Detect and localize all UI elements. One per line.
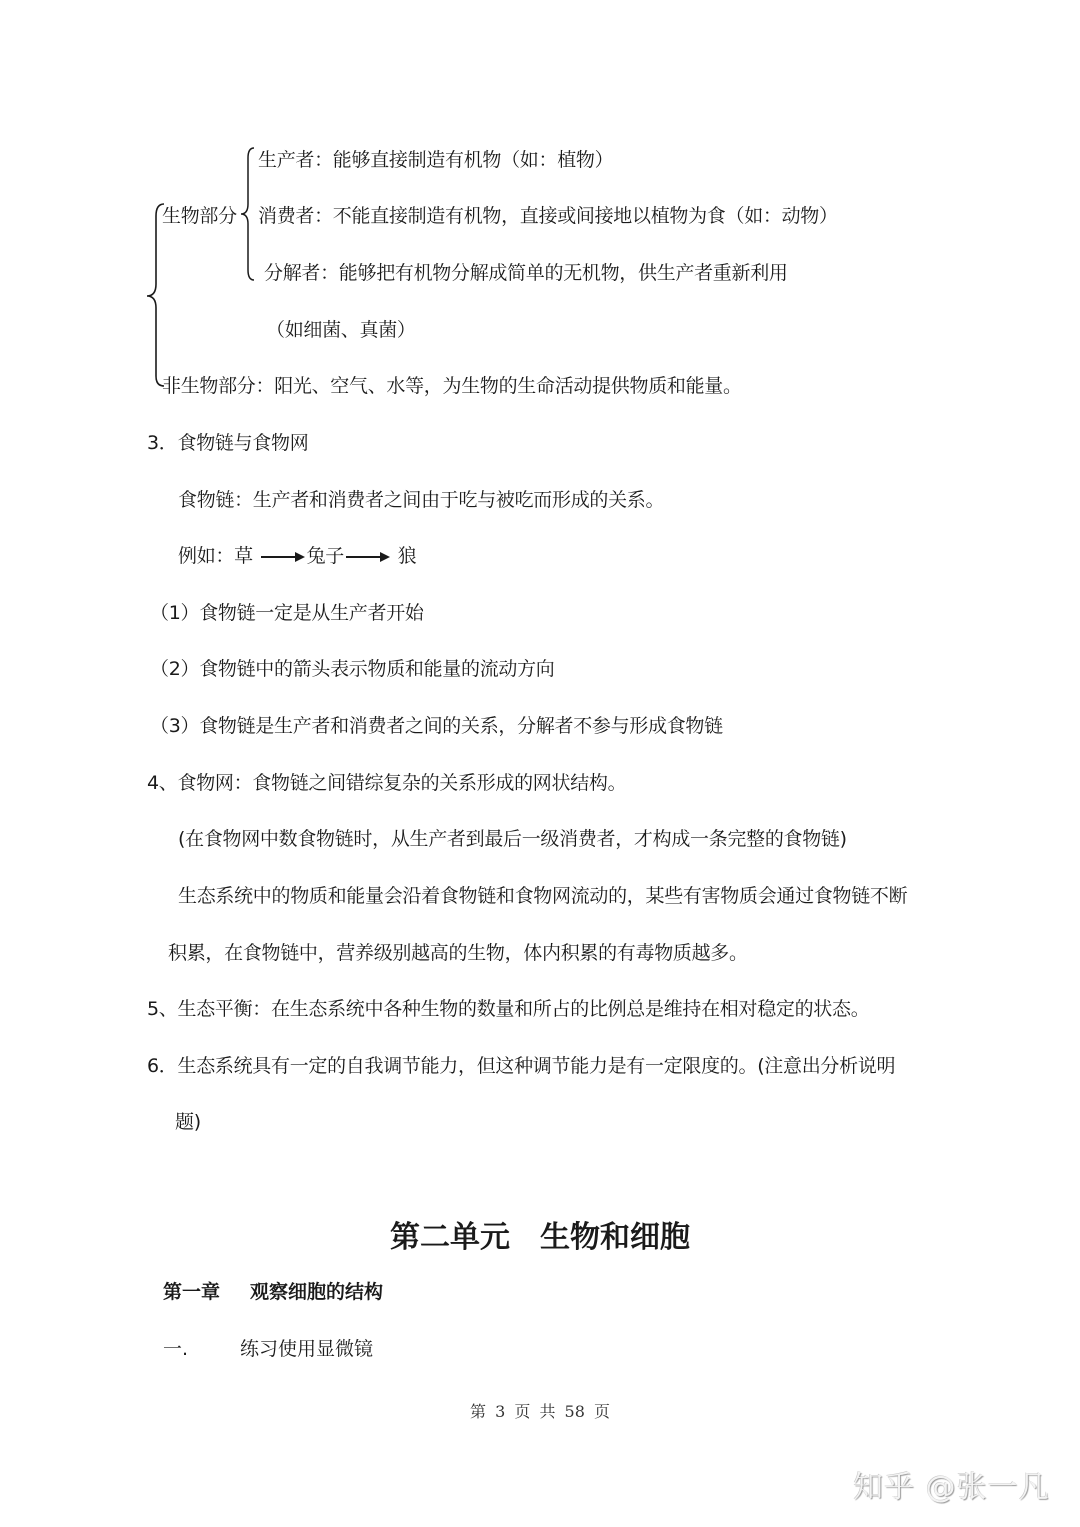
abiotic-item: 非生物部分：阳光、空气、水等，为生物的生命活动提供物质和能量。 — [162, 373, 742, 399]
chapter-title: 观察细胞的结构 — [250, 1281, 383, 1303]
watermark: 知乎 @张一凡 — [853, 1462, 1050, 1506]
chapter-heading: 第一章观察细胞的结构 — [163, 1279, 383, 1305]
biotic-label: 生物部分 — [162, 203, 237, 229]
unit-name: 生物和细胞 — [540, 1220, 690, 1255]
subsection-number: 一. — [163, 1336, 240, 1362]
arrow-right-icon — [346, 550, 390, 564]
section3-heading: 3．食物链与食物网 — [147, 430, 308, 456]
point-1: （1）食物链一定是从生产者开始 — [150, 600, 424, 626]
inner-brace-icon — [238, 144, 256, 284]
example-rabbit: 兔子 — [307, 545, 344, 567]
section6-line2: 题) — [175, 1109, 201, 1135]
chapter-number: 第一章 — [163, 1281, 220, 1303]
page-number: 第 3 页 共 58 页 — [0, 1399, 1080, 1422]
consumer-item: 消费者：不能直接制造有机物，直接或间接地以植物为食（如：动物） — [258, 203, 838, 229]
section4-paragraph-line2: 积累，在食物链中，营养级别越高的生物，体内积累的有毒物质越多。 — [168, 940, 748, 966]
subsection-title: 练习使用显微镜 — [240, 1338, 373, 1360]
point-2: （2）食物链中的箭头表示物质和能量的流动方向 — [150, 656, 555, 682]
section4-heading: 4、食物网：食物链之间错综复杂的关系形成的网状结构。 — [147, 770, 626, 796]
point-3: （3）食物链是生产者和消费者之间的关系，分解者不参与形成食物链 — [150, 713, 723, 739]
example-wolf: 狼 — [398, 545, 417, 567]
example-prefix: 例如：草 — [178, 545, 253, 567]
decomposer-example: （如细菌、真菌） — [266, 317, 416, 343]
unit-number: 第二单元 — [390, 1220, 510, 1255]
arrow-right-icon — [261, 550, 305, 564]
section5-text: 5、生态平衡：在生态系统中各种生物的数量和所占的比例总是维持在相对稳定的状态。 — [147, 996, 869, 1022]
producer-item: 生产者：能够直接制造有机物（如：植物） — [258, 147, 613, 173]
decomposer-item: 分解者：能够把有机物分解成简单的无机物，供生产者重新利用 — [264, 260, 788, 286]
section4-note: (在食物网中数食物链时，从生产者到最后一级消费者，才构成一条完整的食物链) — [178, 826, 847, 852]
food-chain-example: 例如：草 兔子 狼 — [178, 543, 416, 569]
section6-line1: 6．生态系统具有一定的自我调节能力，但这种调节能力是有一定限度的。(注意出分析说… — [147, 1053, 895, 1079]
section4-paragraph-line1: 生态系统中的物质和能量会沿着食物链和食物网流动的，某些有害物质会通过食物链不断 — [178, 883, 907, 909]
food-chain-definition: 食物链：生产者和消费者之间由于吃与被吃而形成的关系。 — [178, 487, 664, 513]
subsection-heading: 一.练习使用显微镜 — [163, 1336, 373, 1362]
unit-title: 第二单元生物和细胞 — [0, 1218, 1080, 1258]
